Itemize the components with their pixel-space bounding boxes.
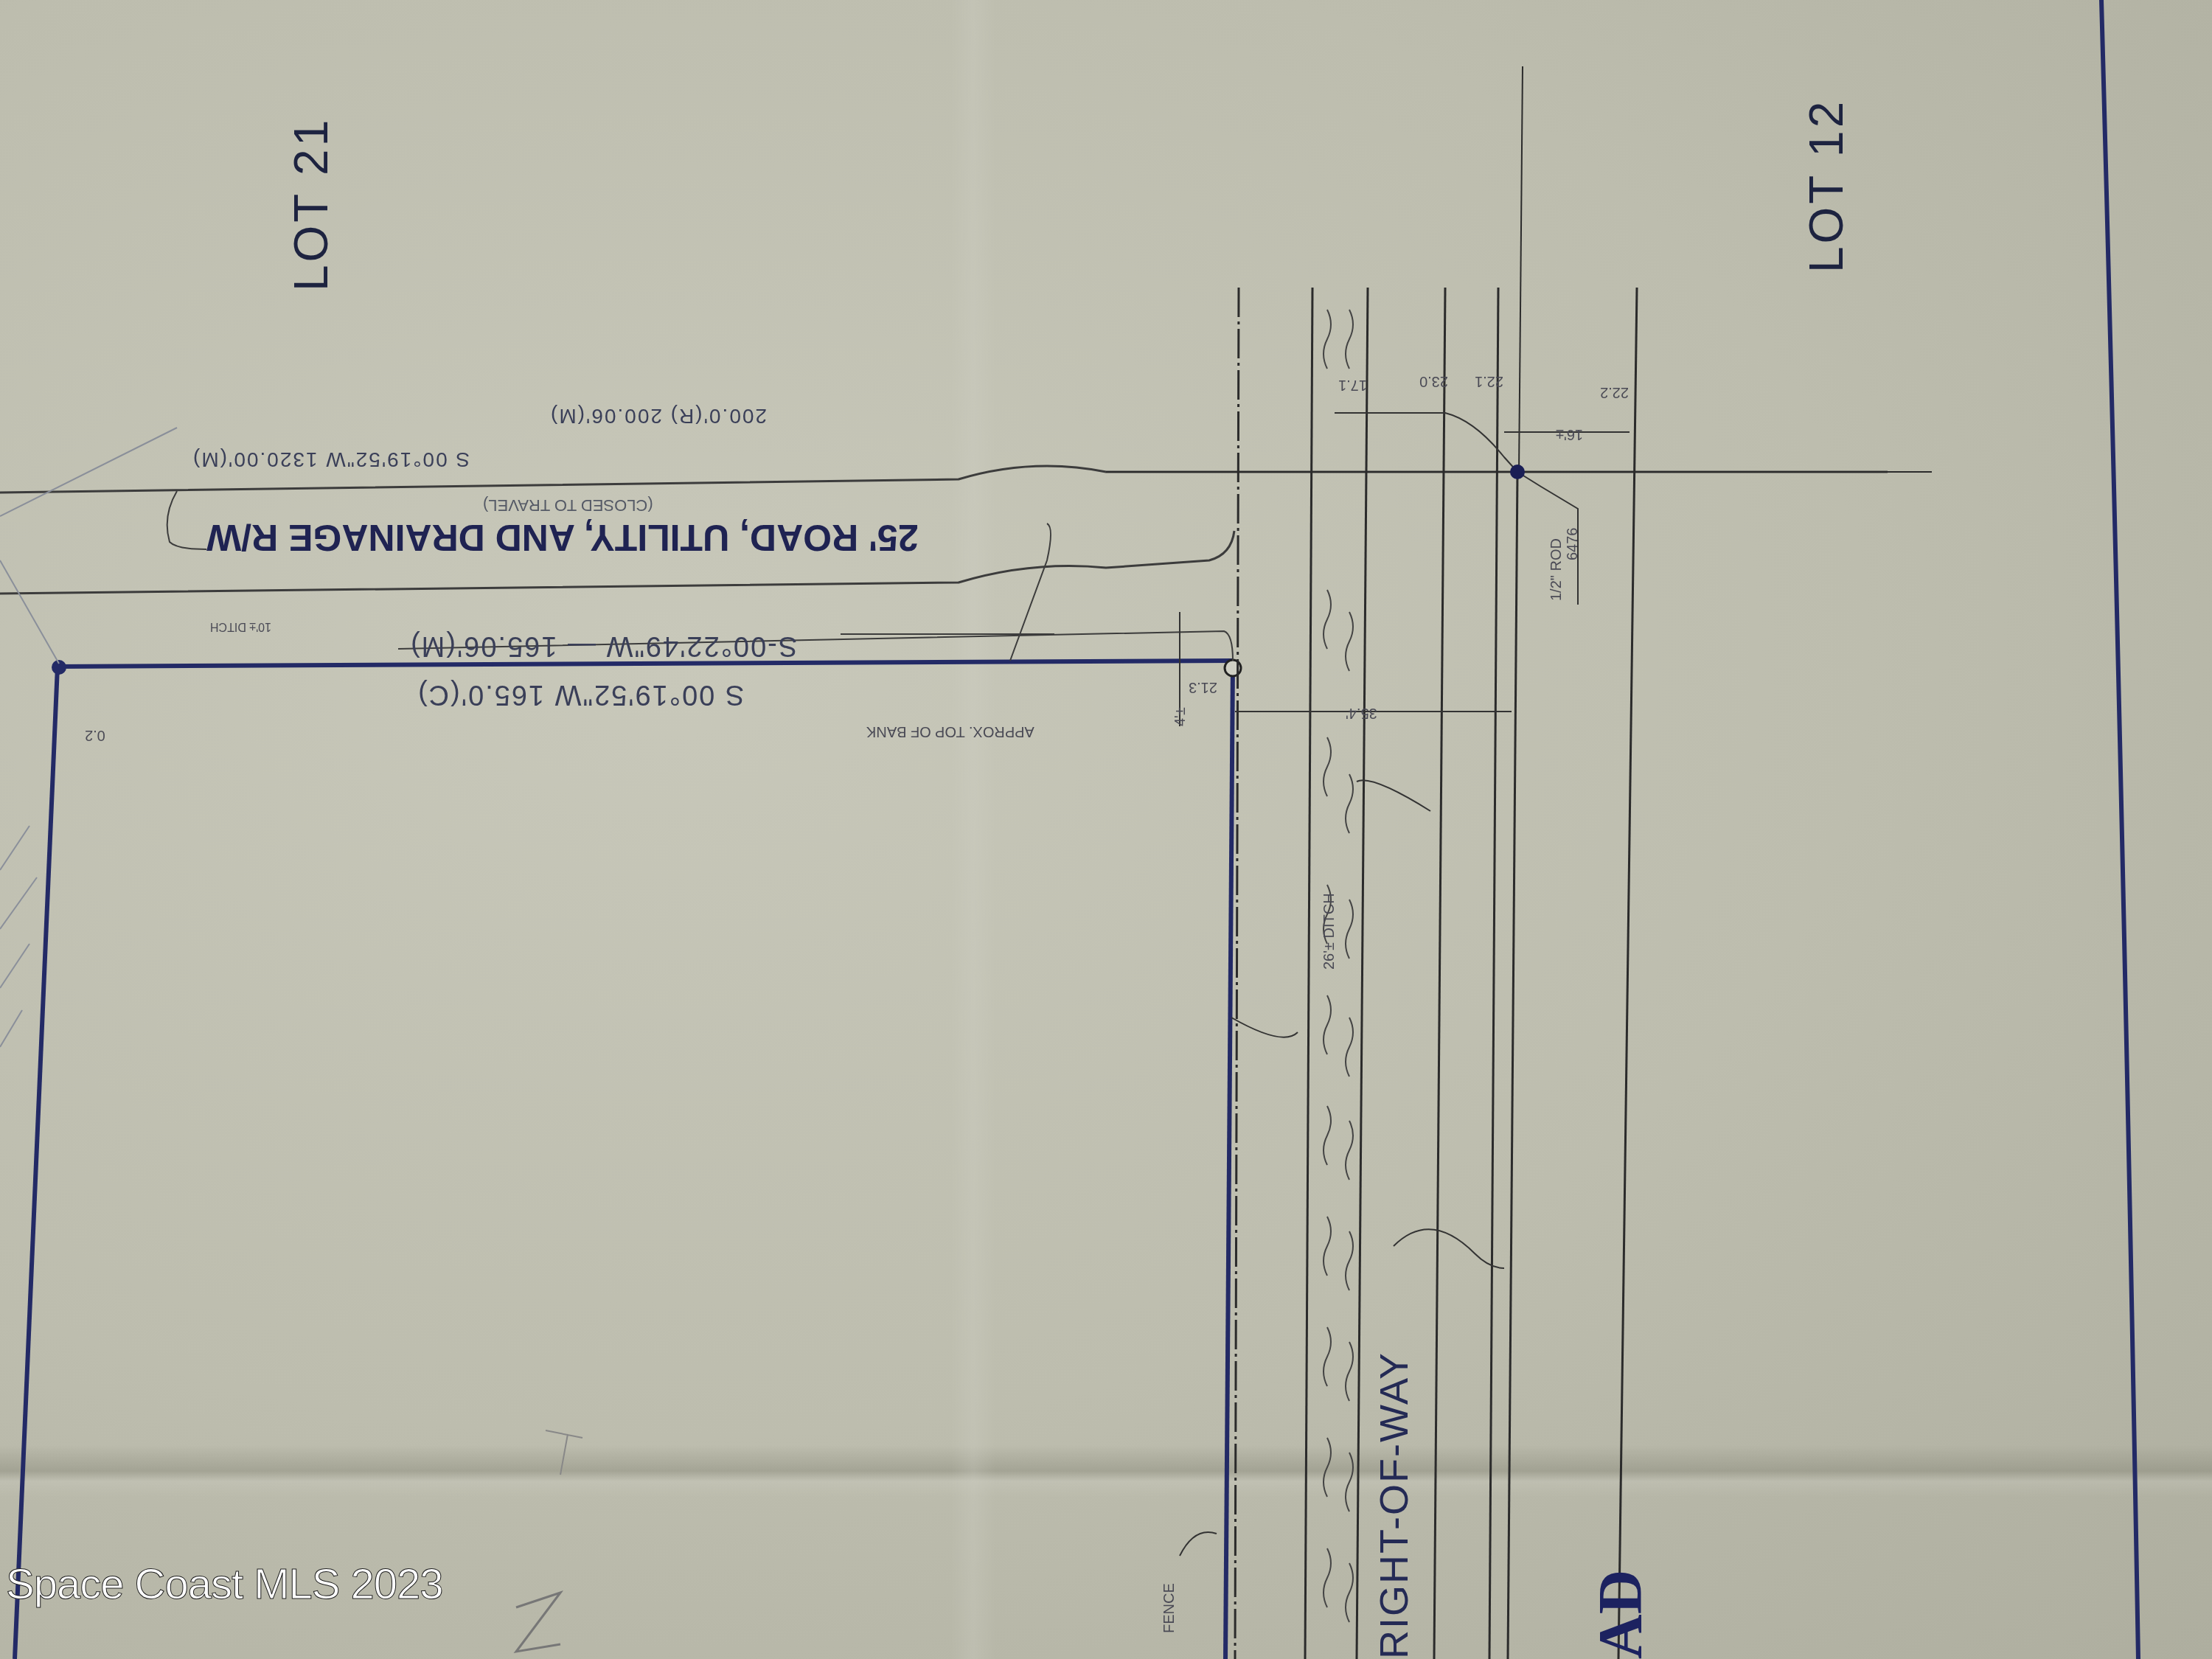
closed-to-travel-note: (CLOSED TO TRAVEL)	[483, 495, 653, 515]
ditch-width-label: 26'± DITCH	[1321, 893, 1338, 970]
measured-line-bearing: S-00°22'49"W — 165.06'(M)	[409, 630, 797, 661]
ditch-note: 10'± DITCH	[210, 619, 271, 633]
rod-id: 6476	[1565, 528, 1582, 561]
offset-35-label: 35.4'	[1346, 704, 1377, 721]
road-name-partial: AD	[1585, 1570, 1657, 1659]
elevation-2: 22.1	[1475, 372, 1503, 389]
mls-watermark: Space Coast MLS 2023	[6, 1559, 443, 1609]
offset-4-label: 4'±	[1172, 707, 1189, 726]
elevation-1: 23.0	[1419, 372, 1448, 389]
lot-12-label: LOT 12	[1799, 99, 1854, 273]
rod-note: 1/2" ROD	[1548, 538, 1565, 601]
right-of-way-label: RIGHT-OF-WAY	[1371, 1352, 1417, 1659]
elevation-4: 22.2	[1600, 383, 1629, 400]
total-bearing: S 00°19'52"W 1320.00'(M)	[192, 448, 470, 471]
offset-16-label: 16'±	[1556, 425, 1583, 442]
lot-21-label: LOT 21	[284, 117, 338, 291]
record-measured-distance: 200.0'(R) 200.06'(M)	[549, 404, 767, 428]
road-easement-label: 25' ROAD, UTILITY, AND DRAINAGE R/W	[206, 516, 919, 559]
calculated-line-bearing: S 00°19'52"W 165.0'(C)	[417, 678, 744, 710]
fence-note: FENCE	[1161, 1583, 1178, 1633]
left-offset-label: 0.2	[85, 726, 105, 743]
elevation-3: 17.1	[1338, 376, 1367, 393]
corner-note: 21.3	[1189, 678, 1217, 695]
top-of-bank-note: APPROX. TOP OF BANK	[866, 723, 1034, 740]
